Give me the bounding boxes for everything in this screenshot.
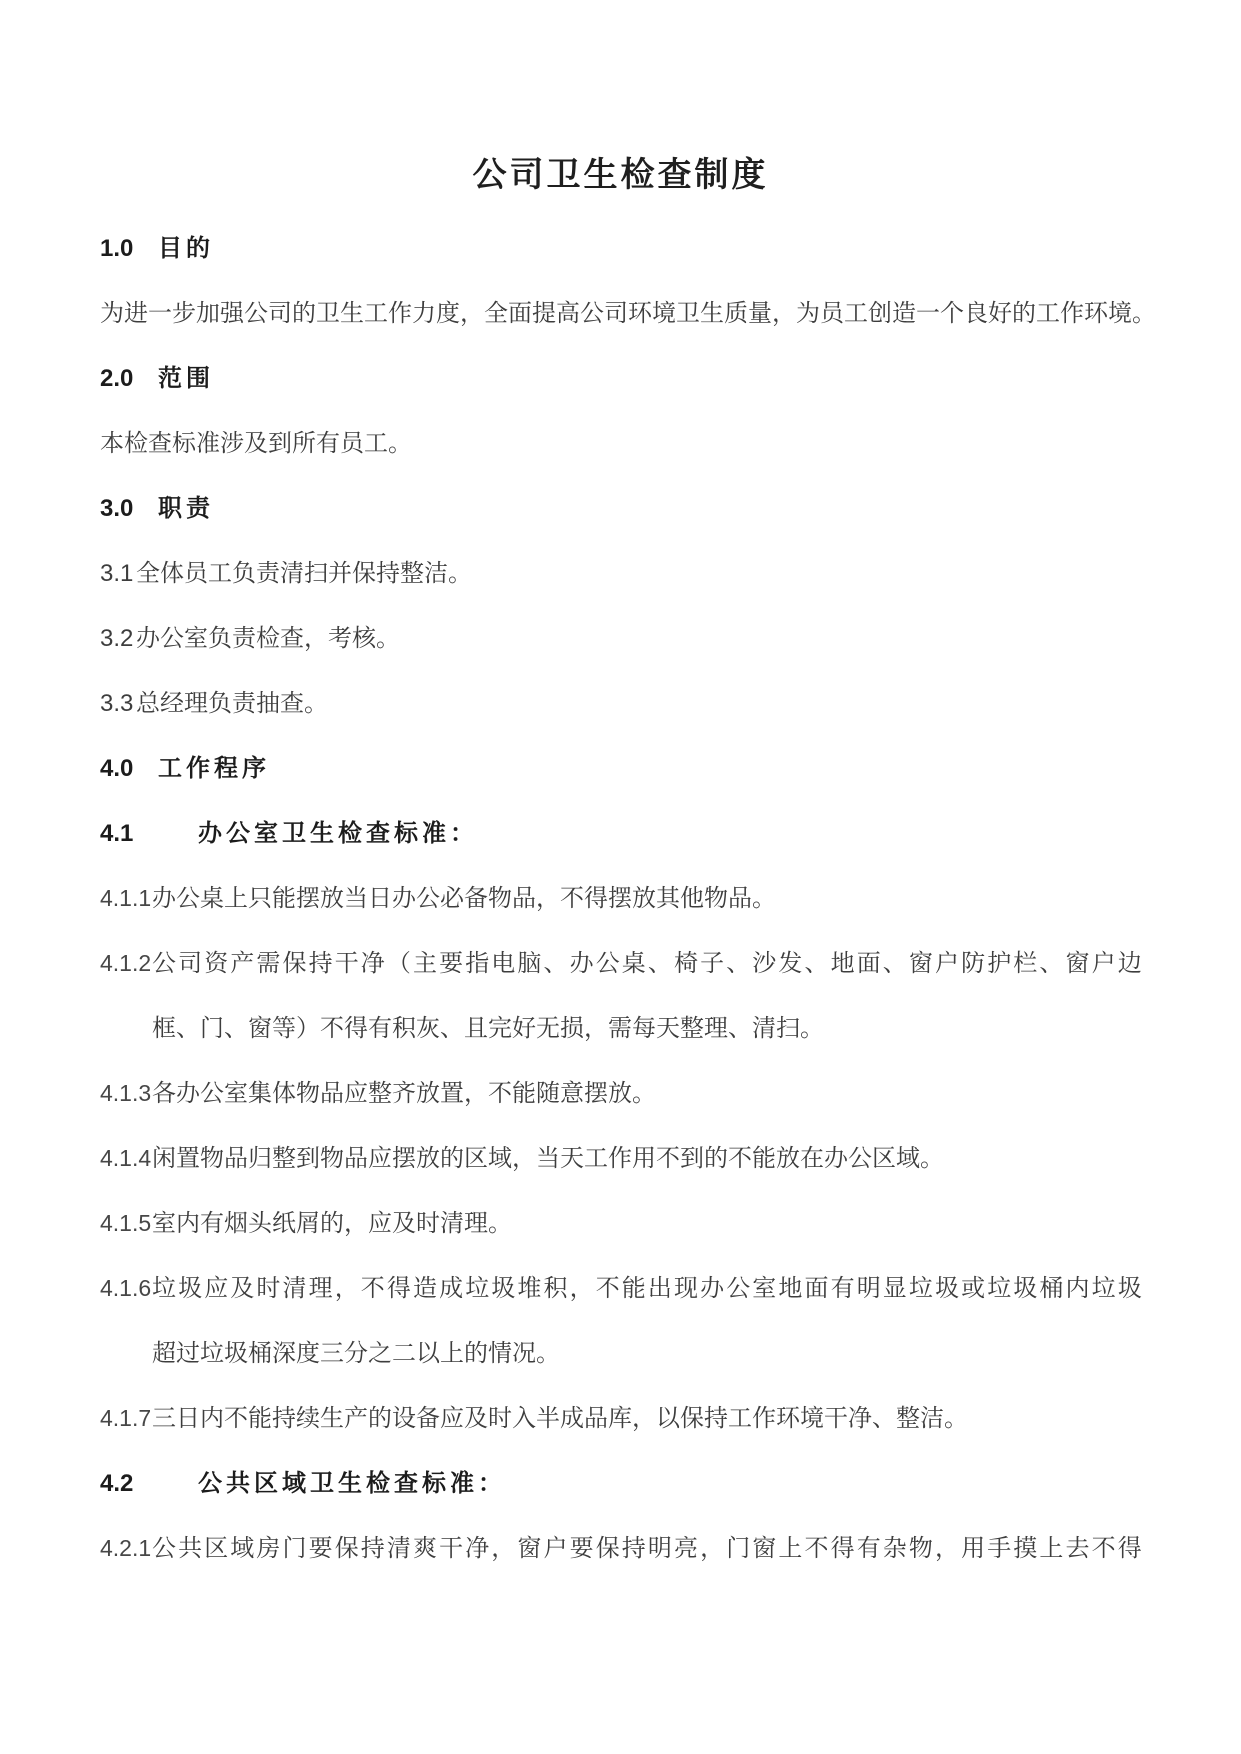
paragraph-text: 为进一步加强公司的卫生工作力度，全面提高公司环境卫生质量，为员工创造一个良好的工…: [100, 281, 1156, 346]
clause-text: 三日内不能持续生产的设备应及时入半成品库，以保持工作环境干净、整洁。: [152, 1386, 968, 1451]
clause-4-1-5: 4.1.5 室内有烟头纸屑的，应及时清理。: [100, 1191, 1141, 1256]
heading-text: 目的: [158, 216, 214, 281]
clause-4-1-2: 4.1.2 公司资产需保持干净（主要指电脑、办公桌、椅子、沙发、地面、窗户防护栏…: [100, 931, 1141, 996]
paragraph-scope: 本检查标准涉及到所有员工。: [100, 411, 1141, 476]
heading-number: 4.2: [100, 1451, 198, 1516]
clause-number: 4.1.6: [100, 1256, 152, 1321]
clause-3-1: 3.1 全体员工负责清扫并保持整洁。: [100, 541, 1141, 606]
clause-number: 4.1.1: [100, 866, 152, 931]
clause-4-1-4: 4.1.4 闲置物品归整到物品应摆放的区域，当天工作用不到的不能放在办公区域。: [100, 1126, 1141, 1191]
clause-text: 垃圾应及时清理，不得造成垃圾堆积，不能出现办公室地面有明显垃圾或垃圾桶内垃圾: [152, 1256, 1144, 1321]
clause-4-1-2-continued: 框、门、窗等）不得有积灰、且完好无损，需每天整理、清扫。: [100, 996, 1141, 1061]
clause-text: 公共区域房门要保持清爽干净，窗户要保持明亮，门窗上不得有杂物，用手摸上去不得: [152, 1516, 1144, 1581]
clause-4-1-6-continued: 超过垃圾桶深度三分之二以上的情况。: [100, 1321, 1141, 1386]
clause-number: 4.1.7: [100, 1386, 152, 1451]
paragraph-purpose: 为进一步加强公司的卫生工作力度，全面提高公司环境卫生质量，为员工创造一个良好的工…: [100, 281, 1141, 346]
heading-text: 职责: [158, 476, 214, 541]
clause-text: 各办公室集体物品应整齐放置，不能随意摆放。: [152, 1061, 656, 1126]
heading-text: 范围: [158, 346, 214, 411]
heading-number: 4.1: [100, 801, 198, 866]
heading-1-0: 1.0 目的: [100, 216, 1141, 281]
heading-text: 工作程序: [158, 736, 270, 801]
heading-text: 办公室卫生检查标准：: [198, 801, 478, 866]
document-page: 公司卫生检查制度 1.0 目的 为进一步加强公司的卫生工作力度，全面提高公司环境…: [0, 0, 1241, 1754]
clause-4-1-3: 4.1.3 各办公室集体物品应整齐放置，不能随意摆放。: [100, 1061, 1141, 1126]
clause-text: 闲置物品归整到物品应摆放的区域，当天工作用不到的不能放在办公区域。: [152, 1126, 944, 1191]
clause-4-2-1: 4.2.1 公共区域房门要保持清爽干净，窗户要保持明亮，门窗上不得有杂物，用手摸…: [100, 1516, 1141, 1581]
clause-number: 3.2: [100, 606, 136, 671]
clause-4-1-1: 4.1.1 办公桌上只能摆放当日办公必备物品，不得摆放其他物品。: [100, 866, 1141, 931]
clause-number: 4.1.2: [100, 931, 152, 996]
heading-4-0: 4.0 工作程序: [100, 736, 1141, 801]
document-title: 公司卫生检查制度: [100, 134, 1141, 216]
heading-3-0: 3.0 职责: [100, 476, 1141, 541]
clause-4-1-6: 4.1.6 垃圾应及时清理，不得造成垃圾堆积，不能出现办公室地面有明显垃圾或垃圾…: [100, 1256, 1141, 1321]
clause-3-3: 3.3 总经理负责抽查。: [100, 671, 1141, 736]
heading-2-0: 2.0 范围: [100, 346, 1141, 411]
heading-number: 4.0: [100, 736, 158, 801]
clause-text: 全体员工负责清扫并保持整洁。: [136, 541, 472, 606]
heading-text: 公共区域卫生检查标准：: [198, 1451, 506, 1516]
clause-number: 4.1.5: [100, 1191, 152, 1256]
clause-text: 室内有烟头纸屑的，应及时清理。: [152, 1191, 512, 1256]
clause-number: 4.1.3: [100, 1061, 152, 1126]
clause-text: 总经理负责抽查。: [136, 671, 328, 736]
heading-number: 3.0: [100, 476, 158, 541]
clause-number: 4.1.4: [100, 1126, 152, 1191]
clause-number: 3.3: [100, 671, 136, 736]
clause-number: 3.1: [100, 541, 136, 606]
clause-text: 办公桌上只能摆放当日办公必备物品，不得摆放其他物品。: [152, 866, 776, 931]
clause-text: 超过垃圾桶深度三分之二以上的情况。: [152, 1321, 560, 1386]
clause-text: 办公室负责检查，考核。: [136, 606, 400, 671]
clause-4-1-7: 4.1.7 三日内不能持续生产的设备应及时入半成品库，以保持工作环境干净、整洁。: [100, 1386, 1141, 1451]
clause-number: 4.2.1: [100, 1516, 152, 1581]
clause-text: 框、门、窗等）不得有积灰、且完好无损，需每天整理、清扫。: [152, 996, 824, 1061]
heading-4-1: 4.1 办公室卫生检查标准：: [100, 801, 1141, 866]
heading-4-2: 4.2 公共区域卫生检查标准：: [100, 1451, 1141, 1516]
paragraph-text: 本检查标准涉及到所有员工。: [100, 411, 412, 476]
heading-number: 2.0: [100, 346, 158, 411]
hanging-indent: [100, 996, 152, 1061]
heading-number: 1.0: [100, 216, 158, 281]
clause-text: 公司资产需保持干净（主要指电脑、办公桌、椅子、沙发、地面、窗户防护栏、窗户边: [152, 931, 1144, 996]
clause-3-2: 3.2 办公室负责检查，考核。: [100, 606, 1141, 671]
hanging-indent: [100, 1321, 152, 1386]
